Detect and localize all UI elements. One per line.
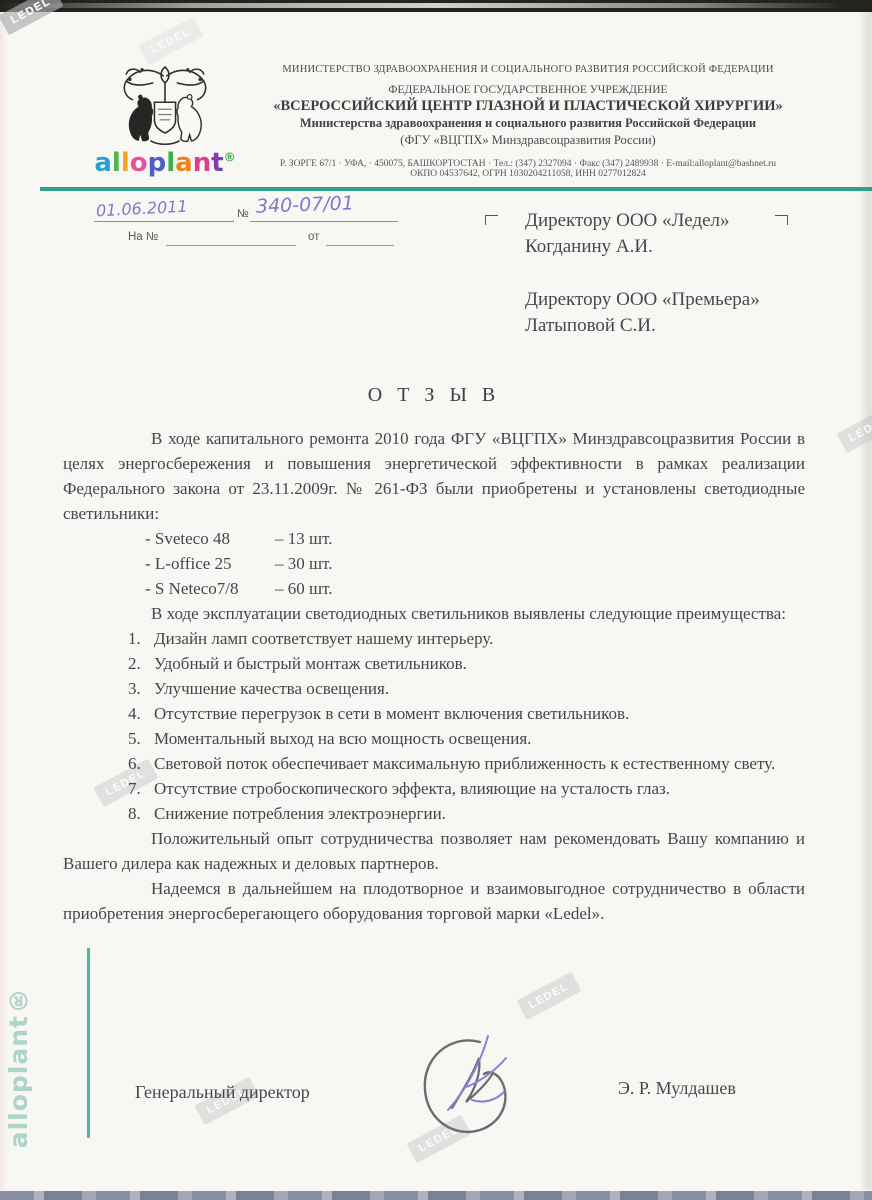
paragraph-advantages-intro: В ходе эксплуатации светодиодных светиль… (63, 601, 805, 626)
paragraph-recommendation: Положительный опыт сотрудничества позвол… (63, 826, 805, 876)
logo-letter: a (175, 148, 193, 178)
registration-codes-line: ОКПО 04537642, ОГРН 1030204211058, ИНН 0… (228, 169, 828, 179)
address-corner-mark-left (485, 215, 498, 225)
advantages-list: 1.Дизайн ламп соответствует нашему интер… (63, 626, 805, 826)
lamp-item: - L-office 25 – 30 шт. (145, 551, 805, 576)
letterhead-divider-rule (40, 187, 872, 191)
recipients-block: Директору ООО «Ледел» Когданину А.И. Дир… (485, 208, 789, 339)
address-contacts-line: Р. ЗОРГЕ 67/1 · УФА, · 450075, БАШКОРТОС… (228, 159, 828, 169)
center-name-line: «ВСЕРОССИЙСКИЙ ЦЕНТР ГЛАЗНОЙ И ПЛАСТИЧЕС… (228, 98, 828, 115)
lamp-item: - Sveteco 48 – 13 шт. (145, 526, 805, 551)
recipient: Директору ООО «Ледел» Когданину А.И. (525, 208, 789, 260)
advantage-item: 8.Снижение потребления электроэнергии. (128, 801, 805, 826)
outgoing-number-row: 01.06.2011 № 340-07/01 (94, 196, 414, 226)
alloplant-logo: alloplant® (90, 60, 240, 176)
lamp-qty: – 13 шт. (275, 526, 333, 551)
advantage-item: 7.Отсутствие стробоскопического эффекта,… (128, 776, 805, 801)
na-no-label: На № (128, 231, 158, 243)
advantage-item: 1.Дизайн ламп соответствует нашему интер… (128, 626, 805, 651)
alloplant-side-watermark: alloplant® (4, 985, 33, 1148)
advantage-item: 5.Моментальный выход на всю мощность осв… (128, 726, 805, 751)
advantage-text: Световой поток обеспечивает максимальную… (154, 751, 805, 776)
advantage-text: Улучшение качества освещения. (154, 676, 805, 701)
advantage-text: Дизайн ламп соответствует нашему интерье… (154, 626, 805, 651)
teal-vertical-line (87, 948, 90, 1138)
na-no-underline (166, 245, 296, 246)
logo-letter: l (121, 148, 130, 178)
advantage-text: Удобный и быстрый монтаж светильников. (154, 651, 805, 676)
reference-block: 01.06.2011 № 340-07/01 На № от (94, 196, 414, 251)
ministry-sub-line: Министерства здравоохранения и социально… (228, 116, 828, 131)
bears-emblem-icon (105, 60, 225, 148)
number-underline (250, 221, 398, 222)
advantage-number: 3. (128, 676, 154, 701)
alloplant-logo-text: alloplant® (90, 150, 240, 176)
advantage-number: 7. (128, 776, 154, 801)
advantage-number: 4. (128, 701, 154, 726)
logo-letter: l (112, 148, 121, 178)
recipient-name: Латыповой С.И. (525, 313, 789, 339)
letter-body: В ходе капитального ремонта 2010 года ФГ… (63, 426, 805, 926)
recipient-title: Директору ООО «Премьера» (525, 287, 789, 313)
logo-letter: a (94, 148, 112, 178)
date-underline (94, 221, 234, 222)
advantage-text: Снижение потребления электроэнергии. (154, 801, 805, 826)
logo-letter: p (148, 148, 167, 178)
paragraph-closing: Надеемся в дальнейшем на плодотворное и … (63, 876, 805, 926)
logo-letter: t (211, 148, 223, 178)
advantage-number: 1. (128, 626, 154, 651)
logo-letter: l (166, 148, 175, 178)
signer-name: Э. Р. Мулдашев (618, 1078, 736, 1099)
advantage-number: 8. (128, 801, 154, 826)
lamp-name: - L-office 25 (145, 551, 275, 576)
institution-line: ФЕДЕРАЛЬНОЕ ГОСУДАРСТВЕННОЕ УЧРЕЖДЕНИЕ (228, 84, 828, 96)
advantage-number: 2. (128, 651, 154, 676)
handwritten-date: 01.06.2011 (96, 197, 188, 221)
advantage-item: 4.Отсутствие перегрузок в сети в момент … (128, 701, 805, 726)
advantage-item: 3.Улучшение качества освещения. (128, 676, 805, 701)
number-sign-label: № (237, 208, 249, 220)
handwritten-outgoing-number: 340-07/01 (256, 192, 355, 217)
ot-underline (326, 245, 394, 246)
logo-letter: o (130, 148, 148, 178)
scan-top-edge (0, 0, 872, 12)
logo-letter: n (193, 148, 212, 178)
paragraph-intro: В ходе капитального ремонта 2010 года ФГ… (63, 426, 805, 526)
lamp-qty: – 60 шт. (275, 576, 333, 601)
advantage-text: Отсутствие перегрузок в сети в момент вк… (154, 701, 805, 726)
advantage-number: 5. (128, 726, 154, 751)
document-title: О Т З Ы В (63, 384, 805, 407)
advantage-number: 6. (128, 751, 154, 776)
lamp-item: - S Neteco7/8 – 60 шт. (145, 576, 805, 601)
short-name-line: (ФГУ «ВЦГПХ» Минздравсоцразвития России) (228, 133, 828, 148)
ledel-watermark: LEDEL (516, 972, 581, 1020)
letterhead-text: МИНИСТЕРСТВО ЗДРАВООХРАНЕНИЯ И СОЦИАЛЬНО… (228, 64, 828, 179)
lamp-name: - S Neteco7/8 (145, 576, 275, 601)
lamp-list: - Sveteco 48 – 13 шт. - L-office 25 – 30… (145, 526, 805, 601)
advantage-text: Моментальный выход на всю мощность освещ… (154, 726, 805, 751)
advantage-item: 6.Световой поток обеспечивает максимальн… (128, 751, 805, 776)
recipient-name: Когданину А.И. (525, 234, 789, 260)
signature-scribble (408, 1030, 528, 1145)
ot-label: от (308, 231, 319, 243)
ledel-watermark: LEDEL (138, 17, 203, 65)
advantage-item: 2.Удобный и быстрый монтаж светильников. (128, 651, 805, 676)
scanned-letter-page: LEDEL LEDEL LEDEL LEDEL LEDEL LEDEL LEDE… (0, 0, 872, 1200)
incoming-number-row: На № от (94, 229, 414, 251)
recipient: Директору ООО «Премьера» Латыповой С.И. (525, 287, 789, 339)
lamp-name: - Sveteco 48 (145, 526, 275, 551)
advantage-text: Отсутствие стробоскопического эффекта, в… (154, 776, 805, 801)
letterhead: alloplant® МИНИСТЕРСТВО ЗДРАВООХРАНЕНИЯ … (0, 60, 872, 190)
ministry-line: МИНИСТЕРСТВО ЗДРАВООХРАНЕНИЯ И СОЦИАЛЬНО… (228, 64, 828, 75)
scan-top-edge-highlight (0, 3, 872, 8)
signer-position: Генеральный директор (135, 1082, 310, 1103)
recipient-title: Директору ООО «Ледел» (525, 208, 789, 234)
address-corner-mark-right (775, 215, 788, 225)
lamp-qty: – 30 шт. (275, 551, 333, 576)
scan-bottom-edge (0, 1191, 872, 1200)
